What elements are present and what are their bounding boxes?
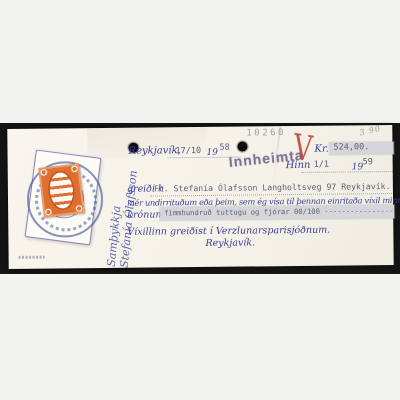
punch-hole — [237, 142, 247, 152]
revenue-stamp-oval — [48, 171, 75, 209]
stamp-rosette — [70, 164, 79, 173]
stamp-rosette — [75, 204, 84, 213]
due-ruled-line — [348, 170, 393, 172]
stamp-rosette — [44, 208, 53, 217]
printers-mark — [19, 256, 45, 259]
year-value: 58 — [219, 143, 229, 153]
payable-at-text: Víxillinn greiðist í Verzlunarsparisjóðn… — [127, 225, 330, 238]
due-ruled-line — [302, 170, 346, 172]
due-year-value: 59 — [363, 157, 373, 167]
amount-words-value: fimmhundruð tuttugu og fjórar 00/100 ---… — [160, 205, 394, 220]
serial-number: 10260 — [246, 128, 286, 138]
due-label: Hinn — [286, 160, 311, 171]
date-value: 17/10 — [175, 146, 201, 156]
amount-value: 524,00. — [329, 142, 393, 155]
revenue-stamp — [38, 163, 84, 217]
due-date-value: 1/1 — [314, 160, 329, 170]
scanned-bill-page: 10260 3 90 Reykjavík, 17/10 19 58 Innhei… — [0, 0, 400, 400]
bill-of-exchange-paper: 10260 3 90 Reykjavík, 17/10 19 58 Innhei… — [7, 125, 393, 269]
amount-label: Kr. — [314, 144, 328, 155]
stamp-rosette — [39, 168, 48, 177]
scanner-background: 10260 3 90 Reykjavík, 17/10 19 58 Innhei… — [0, 123, 400, 274]
payable-place: Reykjavík. — [205, 237, 255, 249]
year-prefix: 19 — [206, 148, 218, 158]
pencil-note: 3 90 — [359, 124, 382, 138]
